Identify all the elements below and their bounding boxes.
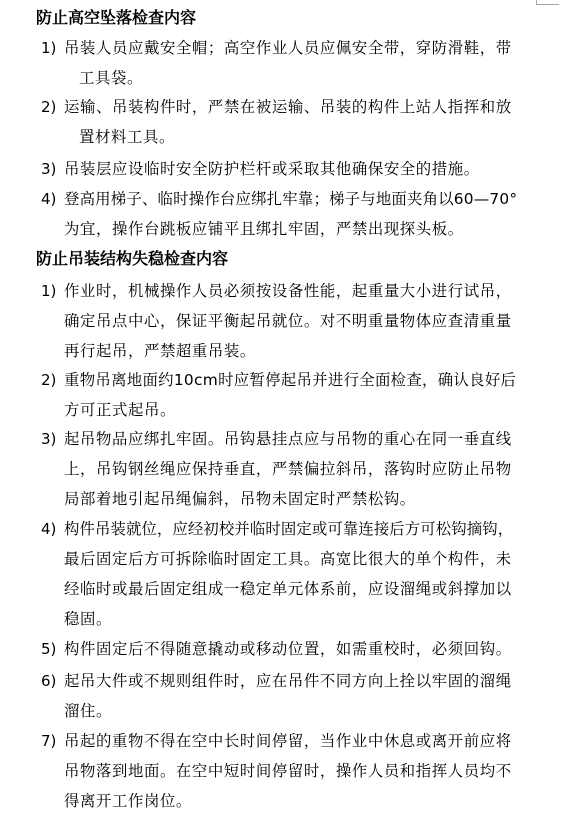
item-text-line: 确定吊点中心，保证平衡起吊就位。对不明重量物体应查清重量 xyxy=(64,311,512,331)
item-number: 4) xyxy=(41,189,56,209)
item-text-line: 方可正式起吊。 xyxy=(64,400,176,420)
item-text-line: 吊物落到地面。在空中短时间停留时，操作人员和指挥人员均不 xyxy=(64,761,512,781)
item-text-line: 运输、吊装构件时，严禁在被运输、吊装的构件上站人指挥和放 xyxy=(64,97,512,117)
item-text-line: 登高用梯子、临时操作台应绑扎牢靠；梯子与地面夹角以60—70° xyxy=(64,189,517,209)
section-title-fall-prevention: 防止高空坠落检查内容 xyxy=(36,8,196,28)
item-number: 5) xyxy=(41,639,56,659)
item-text-line: 最后固定后方可拆除临时固定工具。高宽比很大的单个构件，未 xyxy=(64,549,512,569)
item-text-line: 构件吊装就位，应经初校并临时固定或可靠连接后方可松钩摘钩， xyxy=(64,519,513,539)
item-text-line: 构件固定后不得随意撬动或移动位置，如需重校时，必须回钩。 xyxy=(64,639,512,659)
section-title-instability-prevention: 防止吊装结构失稳检查内容 xyxy=(36,249,228,269)
item-text-line: 再行起吊，严禁超重吊装。 xyxy=(64,341,256,361)
item-text-line: 起吊物品应绑扎牢固。吊钩悬挂点应与吊物的重心在同一垂直线 xyxy=(64,429,512,449)
item-text-line: 为宜，操作台跳板应铺平且绑扎牢固，严禁出现探头板。 xyxy=(64,219,464,239)
item-text-line: 重物吊离地面约10cm时应暂停起吊并进行全面检查，确认良好后 xyxy=(64,370,516,390)
item-number: 1) xyxy=(41,38,56,58)
item-text-line: 工具袋。 xyxy=(79,68,143,88)
item-number: 3) xyxy=(41,159,56,179)
item-number: 3) xyxy=(41,429,56,449)
item-text-line: 上，吊钩钢丝绳应保持垂直，严禁偏拉斜吊，落钩时应防止吊物 xyxy=(64,459,512,479)
item-text-line: 置材料工具。 xyxy=(79,127,175,147)
item-number: 4) xyxy=(41,519,56,539)
item-text-line: 稳固。 xyxy=(64,609,112,629)
item-text-line: 经临时或最后固定组成一稳定单元体系前，应设溜绳或斜撑加以 xyxy=(64,579,512,599)
item-text-line: 吊装人员应戴安全帽；高空作业人员应佩安全带，穿防滑鞋，带 xyxy=(64,38,512,58)
item-text-line: 起吊大件或不规则组件时，应在吊件不同方向上拴以牢固的溜绳 xyxy=(64,671,512,691)
item-number: 2) xyxy=(41,97,56,117)
item-number: 7) xyxy=(41,731,56,751)
page-corner-mark xyxy=(536,0,559,5)
item-text-line: 溜住。 xyxy=(64,701,112,721)
item-number: 2) xyxy=(41,370,56,390)
item-number: 6) xyxy=(41,671,56,691)
item-number: 1) xyxy=(41,281,56,301)
item-text-line: 吊装层应设临时安全防护栏杆或采取其他确保安全的措施。 xyxy=(64,159,480,179)
item-text-line: 局部着地引起吊绳偏斜，吊物未固定时严禁松钩。 xyxy=(64,489,416,509)
item-text-line: 吊起的重物不得在空中长时间停留，当作业中休息或离开前应将 xyxy=(64,731,512,751)
item-text-line: 得离开工作岗位。 xyxy=(64,791,192,811)
item-text-line: 作业时，机械操作人员必须按设备性能，起重量大小进行试吊， xyxy=(64,281,512,301)
